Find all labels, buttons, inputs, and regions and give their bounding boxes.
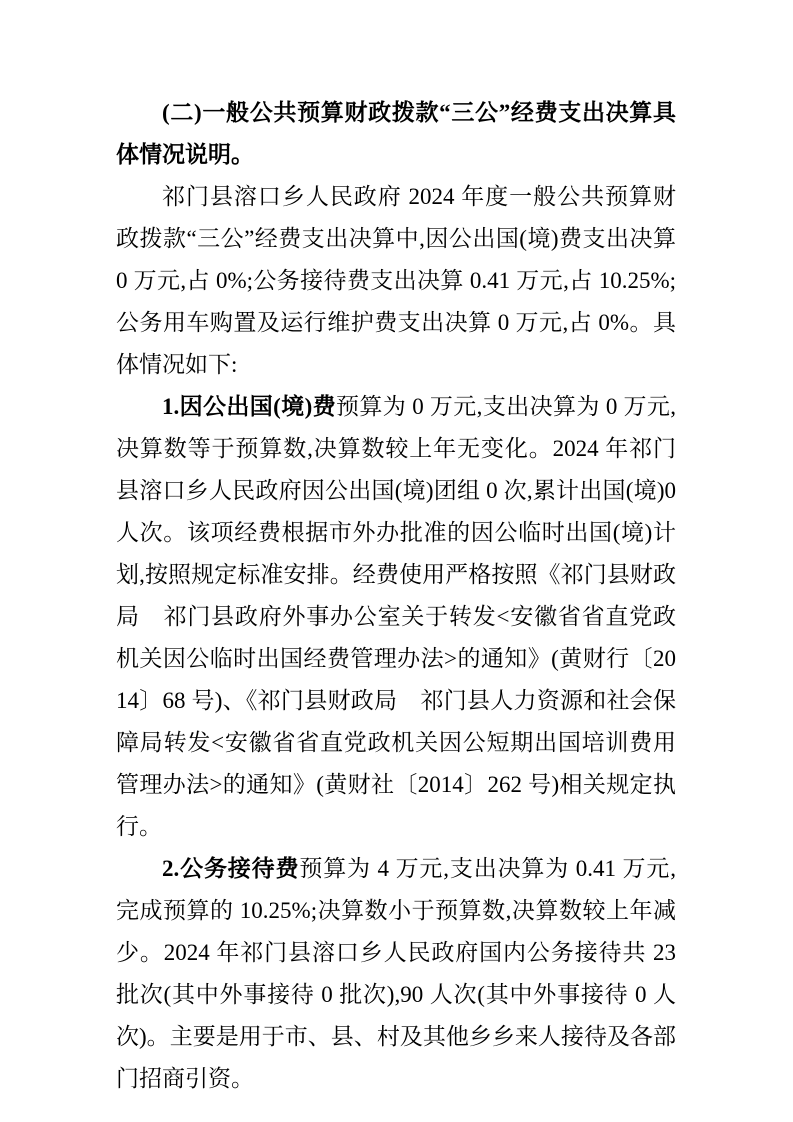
paragraph-lead-bold: 1.因公出国(境)费 (162, 394, 336, 419)
section-heading: (二)一般公共预算财政拨款“三公”经费支出决算具体情况说明。 (116, 92, 676, 176)
paragraph-lead-bold: 2.公务接待费 (162, 856, 299, 881)
document-page: (二)一般公共预算财政拨款“三公”经费支出决算具体情况说明。 祁门县溶口乡人民政… (0, 0, 793, 1122)
paragraph-body-text: 预算为 0 万元,支出决算为 0 万元,决算数等于预算数,决算数较上年无变化。2… (116, 394, 676, 839)
paragraph-official-reception: 2.公务接待费预算为 4 万元,支出决算为 0.41 万元,完成预算的 10.2… (116, 848, 676, 1100)
paragraph-three-public-overview: 祁门县溶口乡人民政府 2024 年度一般公共预算财政拨款“三公”经费支出决算中,… (116, 176, 676, 386)
paragraph-abroad-expense: 1.因公出国(境)费预算为 0 万元,支出决算为 0 万元,决算数等于预算数,决… (116, 386, 676, 848)
paragraph-body-text: 预算为 4 万元,支出决算为 0.41 万元,完成预算的 10.25%;决算数小… (116, 856, 676, 1091)
document-body: (二)一般公共预算财政拨款“三公”经费支出决算具体情况说明。 祁门县溶口乡人民政… (116, 92, 676, 1100)
paragraph-body-text: 祁门县溶口乡人民政府 2024 年度一般公共预算财政拨款“三公”经费支出决算中,… (116, 184, 676, 377)
